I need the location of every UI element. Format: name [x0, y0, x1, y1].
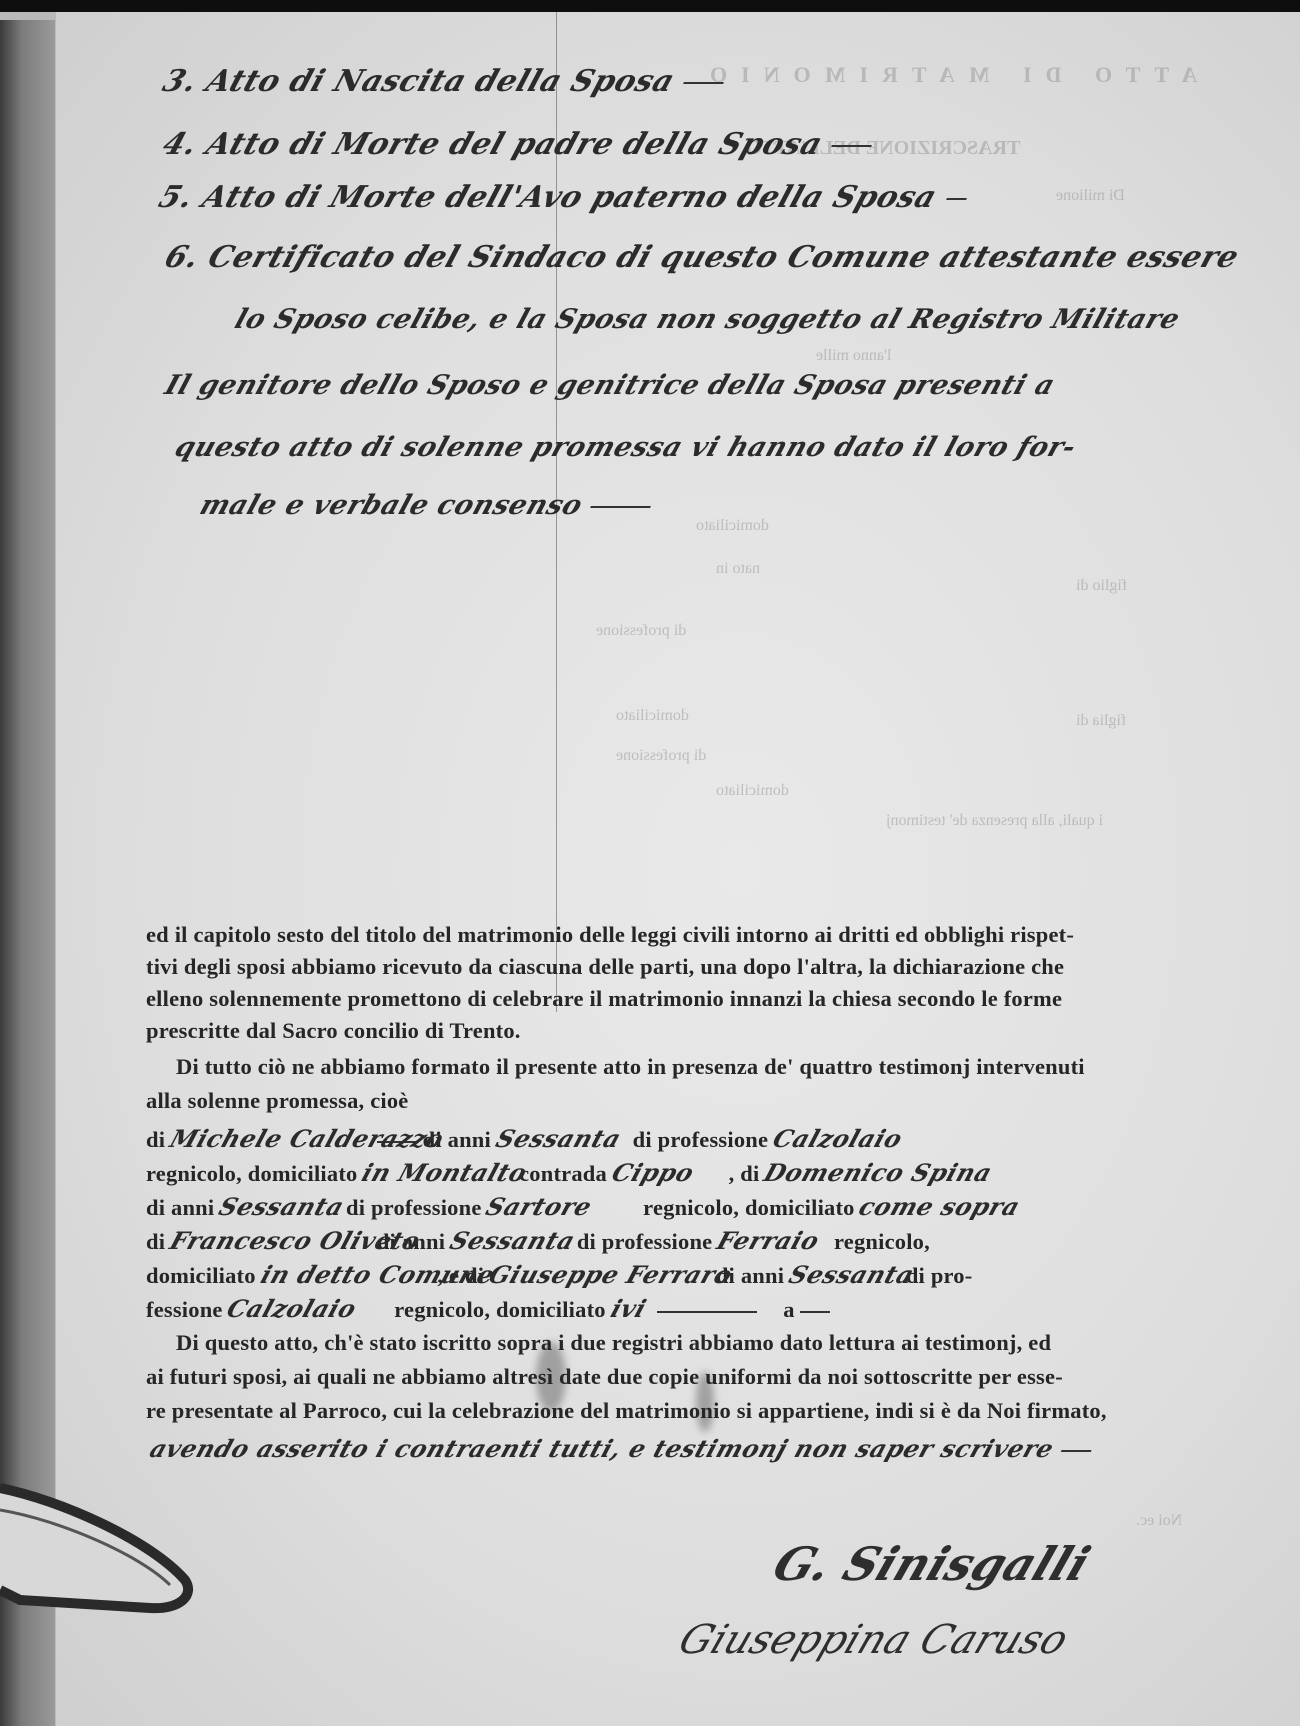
- witness-age: Sessanta: [446, 1226, 575, 1255]
- form-label: di professione: [577, 1229, 713, 1254]
- bleed-fragment: Noi ec.: [1136, 1512, 1182, 1530]
- form-label: contrada: [519, 1161, 607, 1186]
- handwritten-list-item: 5. Atto di Morte dell'Avo paterno della …: [154, 180, 972, 215]
- handwritten-closing: avendo asserito i contraenti tutti, e te…: [146, 1434, 1096, 1463]
- list-number: 3.: [158, 64, 202, 99]
- printed-line: alla solenne promessa, cioè: [146, 1088, 408, 1114]
- bleed-fragment: domiciliato: [696, 517, 769, 535]
- ink-stain: [696, 1372, 714, 1432]
- bleed-fragment: l'anno mille: [816, 347, 891, 365]
- witness-row-5: domiciliato in detto Comune , e di Giuse…: [146, 1260, 972, 1289]
- form-label: di professione: [633, 1127, 769, 1152]
- printed-line: prescritte dal Sacro concilio di Trento.: [146, 1018, 521, 1044]
- witness-name: Domenico Spina: [761, 1158, 997, 1187]
- witness-name: Michele Calderazzo: [166, 1124, 375, 1153]
- bleed-fragment: domiciliato: [716, 782, 789, 800]
- witness-street: Cippo: [608, 1158, 727, 1187]
- bleed-fragment: Di milione: [1056, 187, 1125, 205]
- bleed-fragment: i quali, alla presenza de' testimonj: [886, 812, 1103, 830]
- form-label: regnicolo, domiciliato: [146, 1161, 357, 1186]
- form-label: di: [146, 1127, 165, 1152]
- list-text: Atto di Nascita della Sposa: [202, 64, 679, 99]
- signature-witness: Giuseppina Caruso: [673, 1617, 1075, 1663]
- handwritten-text: avendo asserito i contraenti tutti, e te…: [146, 1434, 1057, 1463]
- witness-domicile: in Montalto: [359, 1158, 518, 1187]
- witness-age: Sessanta: [785, 1260, 904, 1289]
- witness-row-2: regnicolo, domiciliato in Montalto contr…: [146, 1158, 992, 1187]
- handwritten-line: male e verbale consenso: [196, 490, 657, 521]
- form-label: fessione: [146, 1297, 223, 1322]
- printed-line: re presentate al Parroco, cui la celebra…: [146, 1398, 1107, 1424]
- bleed-fragment: di professione: [596, 622, 686, 640]
- list-number: 5.: [154, 180, 198, 215]
- book-binding-edge: [0, 20, 55, 1726]
- form-label: regnicolo, domiciliato: [643, 1195, 854, 1220]
- handwritten-line: lo Sposo celibe, e la Sposa non soggetto…: [231, 304, 1184, 335]
- bleed-fragment: domiciliato: [616, 707, 689, 725]
- witness-domicile: ivi: [607, 1294, 656, 1323]
- printed-line: elleno solennemente promettono di celebr…: [146, 986, 1062, 1012]
- witness-name: Francesco Oliveto: [166, 1226, 375, 1255]
- witness-name: Giuseppe Ferraro: [485, 1260, 714, 1289]
- handwritten-line: Il genitore dello Sposo e genitrice dell…: [161, 370, 1059, 401]
- witness-domicile: in detto Comune: [257, 1260, 436, 1289]
- bleed-fragment: nato in: [716, 560, 760, 578]
- form-label: di professione: [346, 1195, 482, 1220]
- handwritten-list-item: 3. Atto di Nascita della Sposa: [158, 64, 730, 99]
- witness-profession: Calzolaio: [769, 1124, 906, 1153]
- form-label: a: [783, 1297, 794, 1322]
- form-label: di: [146, 1229, 165, 1254]
- printed-line: tivi degli sposi abbiamo ricevuto da cia…: [146, 954, 1064, 980]
- handwritten-line: questo atto di solenne promessa vi hanno…: [171, 432, 1080, 463]
- form-label: regnicolo, domiciliato: [394, 1297, 605, 1322]
- witness-row-4: di Francesco Oliveto di anni Sessanta di…: [146, 1226, 930, 1255]
- bleed-fragment: di professione: [616, 747, 706, 765]
- witness-profession: Calzolaio: [224, 1294, 393, 1323]
- scanned-page-background: ATTO DI MATRIMONIO TRASCRIZIONE DELL'ATT…: [0, 0, 1300, 1726]
- document-page: ATTO DI MATRIMONIO TRASCRIZIONE DELL'ATT…: [56, 12, 1300, 1726]
- paper-clip-icon: [0, 1480, 195, 1630]
- handwritten-list-item: 4. Atto di Morte del padre della Sposa: [158, 127, 878, 162]
- witness-profession: Sartore: [483, 1192, 642, 1221]
- form-label: , di: [729, 1161, 760, 1186]
- witness-row-6: fessione Calzolaio regnicolo, domiciliat…: [146, 1294, 830, 1323]
- bleed-fragment: figlia di: [1076, 712, 1126, 730]
- printed-line: ai futuri sposi, ai quali ne abbiamo alt…: [146, 1364, 1063, 1390]
- ink-stain: [536, 1342, 566, 1412]
- signature-officer: G. Sinisgalli: [766, 1537, 1097, 1591]
- handwritten-text: male e verbale consenso: [196, 490, 587, 521]
- list-number: 6.: [160, 240, 204, 275]
- list-number: 4.: [158, 127, 202, 162]
- list-text: Certificato del Sindaco di questo Comune…: [204, 240, 1244, 275]
- scan-top-edge: [0, 0, 1300, 12]
- witness-domicile: come sopra: [856, 1192, 1025, 1221]
- witness-row-3: di anni Sessanta di professione Sartore …: [146, 1192, 1020, 1221]
- list-text: Atto di Morte del padre della Sposa: [202, 127, 827, 162]
- witness-profession: Ferraio: [713, 1226, 832, 1255]
- bleed-title: ATTO DI MATRIMONIO: [696, 62, 1197, 88]
- handwritten-list-item: 6. Certificato del Sindaco di questo Com…: [160, 240, 1243, 275]
- printed-line: ed il capitolo sesto del titolo del matr…: [146, 922, 1074, 948]
- witness-age: Sessanta: [492, 1124, 631, 1153]
- list-text: Atto di Morte dell'Avo paterno della Spo…: [198, 180, 942, 215]
- witness-age: Sessanta: [215, 1192, 344, 1221]
- printed-line: Di questo atto, ch'è stato iscritto sopr…: [176, 1330, 1051, 1356]
- bleed-fragment: figlio di: [1076, 577, 1127, 595]
- form-label: di anni: [146, 1195, 214, 1220]
- form-label: di pro-: [906, 1263, 973, 1288]
- printed-line: Di tutto ciò ne abbiamo formato il prese…: [176, 1054, 1085, 1080]
- witness-row-1: di Michele Calderazzo di anni Sessanta d…: [146, 1124, 902, 1153]
